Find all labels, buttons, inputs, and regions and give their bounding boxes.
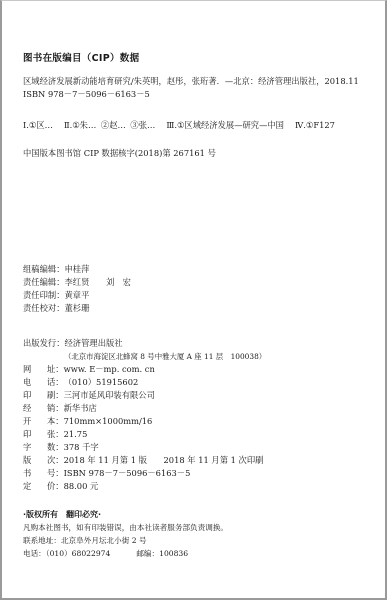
staff-label: 责任印制：: [23, 290, 65, 301]
cip-class-2: Ⅱ.①朱… ②赵… ③张…: [64, 120, 155, 130]
detail-row: 定价：88.00 元: [23, 481, 98, 492]
detail-row: 版次：2018 年 11 月第 1 版 2018 年 11 月第 1 次印刷: [23, 455, 263, 466]
rights-notice: 凡购本社图书，如有印装错误，由本社读者服务部负责调换。: [23, 522, 228, 533]
detail-value: 710mm×1000mm/16: [64, 416, 153, 426]
detail-key: 刷：: [47, 390, 64, 401]
publisher-row: 出版发行：经济管理出版社: [23, 338, 123, 349]
cip-class-4: Ⅳ.①F127: [295, 120, 335, 130]
detail-row: 电话：（010）51915602: [23, 377, 138, 388]
staff-row: 责任编辑：李红贤 刘 宏: [23, 277, 131, 288]
detail-key: 号：: [47, 468, 64, 479]
detail-row: 网址：www. E－mp. com. cn: [23, 364, 155, 375]
publisher-name: 经济管理出版社: [65, 338, 123, 348]
rights-title: ·版权所有 翻印必究·: [23, 509, 101, 520]
staff-label: 责任校对：: [23, 303, 65, 314]
staff-value: 李红贤 刘 宏: [65, 277, 131, 287]
detail-key: 版: [23, 455, 47, 466]
detail-row: 字数：378 千字: [23, 442, 99, 453]
copyright-page: 图书在版编目（CIP）数据 区域经济发展新动能培育研究/朱英明，赵彤，张珩著．—…: [0, 0, 387, 600]
staff-label: 组稿编辑：: [23, 264, 65, 275]
detail-key: 本：: [47, 416, 64, 427]
detail-value: 2018 年 11 月第 1 版 2018 年 11 月第 1 次印刷: [64, 455, 264, 465]
cip-record-number: 中国版本图书馆 CIP 数据核字(2018)第 267161 号: [23, 148, 216, 159]
detail-key: 电: [23, 377, 47, 388]
cip-bibliographic-line: 区域经济发展新动能培育研究/朱英明，赵彤，张珩著．—北京：经济管理出版社，201…: [23, 76, 359, 87]
detail-key: 销：: [47, 403, 64, 414]
contact-phone: 电话：（010）68022974: [23, 549, 110, 558]
staff-row: 组稿编辑：申桂萍: [23, 264, 89, 275]
detail-value: 21.75: [64, 429, 88, 439]
cip-class-1: Ⅰ.①区…: [23, 120, 53, 130]
detail-value: ISBN 978－7－5096－6163－5: [64, 468, 191, 478]
detail-row: 印刷：三河市延风印装有限公司: [23, 390, 155, 401]
detail-key: 印: [23, 429, 47, 440]
detail-key: 价：: [47, 481, 64, 492]
cip-title: 图书在版编目（CIP）数据: [23, 50, 139, 64]
cip-class-3: Ⅲ.①区域经济发展—研究—中国: [166, 120, 284, 130]
cip-classification: Ⅰ.①区…Ⅱ.①朱… ②赵… ③张…Ⅲ.①区域经济发展—研究—中国Ⅳ.①F127: [23, 120, 335, 131]
staff-label: 责任编辑：: [23, 277, 65, 288]
detail-row: 经销：新华书店: [23, 403, 97, 414]
detail-key: 印: [23, 390, 47, 401]
staff-row: 责任印制：黄章平: [23, 290, 89, 301]
detail-key: 址：: [47, 364, 64, 375]
detail-key: 经: [23, 403, 47, 414]
staff-value: 董杉珊: [65, 303, 90, 313]
detail-key: 网: [23, 364, 47, 375]
contact-row: 电话：（010）68022974邮编：100836: [23, 548, 188, 559]
detail-value: （010）51915602: [64, 377, 139, 387]
detail-row: 印张：21.75: [23, 429, 87, 440]
staff-row: 责任校对：董杉珊: [23, 303, 89, 314]
detail-value: 88.00 元: [64, 481, 99, 491]
detail-key: 数：: [47, 442, 64, 453]
staff-value: 黄章平: [65, 290, 90, 300]
detail-key: 定: [23, 481, 47, 492]
detail-value: www. E－mp. com. cn: [64, 364, 155, 374]
contact-address: 联系地址：北京阜外月坛北小街 2 号: [23, 535, 147, 546]
publisher-label: 出版发行：: [23, 338, 65, 348]
publisher-address: （北京市海淀区北蜂窝 8 号中雅大厦 A 座 11 层 100038）: [64, 351, 266, 362]
detail-value: 378 千字: [64, 442, 99, 452]
detail-key: 张：: [47, 429, 64, 440]
contact-postcode: 邮编：100836: [136, 549, 188, 558]
detail-key: 字: [23, 442, 47, 453]
detail-row: 书号：ISBN 978－7－5096－6163－5: [23, 468, 190, 479]
staff-value: 申桂萍: [65, 264, 90, 274]
detail-row: 开本：710mm×1000mm/16: [23, 416, 152, 427]
detail-value: 新华书店: [64, 403, 97, 413]
detail-key: 书: [23, 468, 47, 479]
detail-key: 次：: [47, 455, 64, 466]
cip-isbn-line: ISBN 978－7－5096－6163－5: [23, 89, 150, 100]
detail-key: 开: [23, 416, 47, 427]
detail-key: 话：: [47, 377, 64, 388]
detail-value: 三河市延风印装有限公司: [64, 390, 155, 400]
